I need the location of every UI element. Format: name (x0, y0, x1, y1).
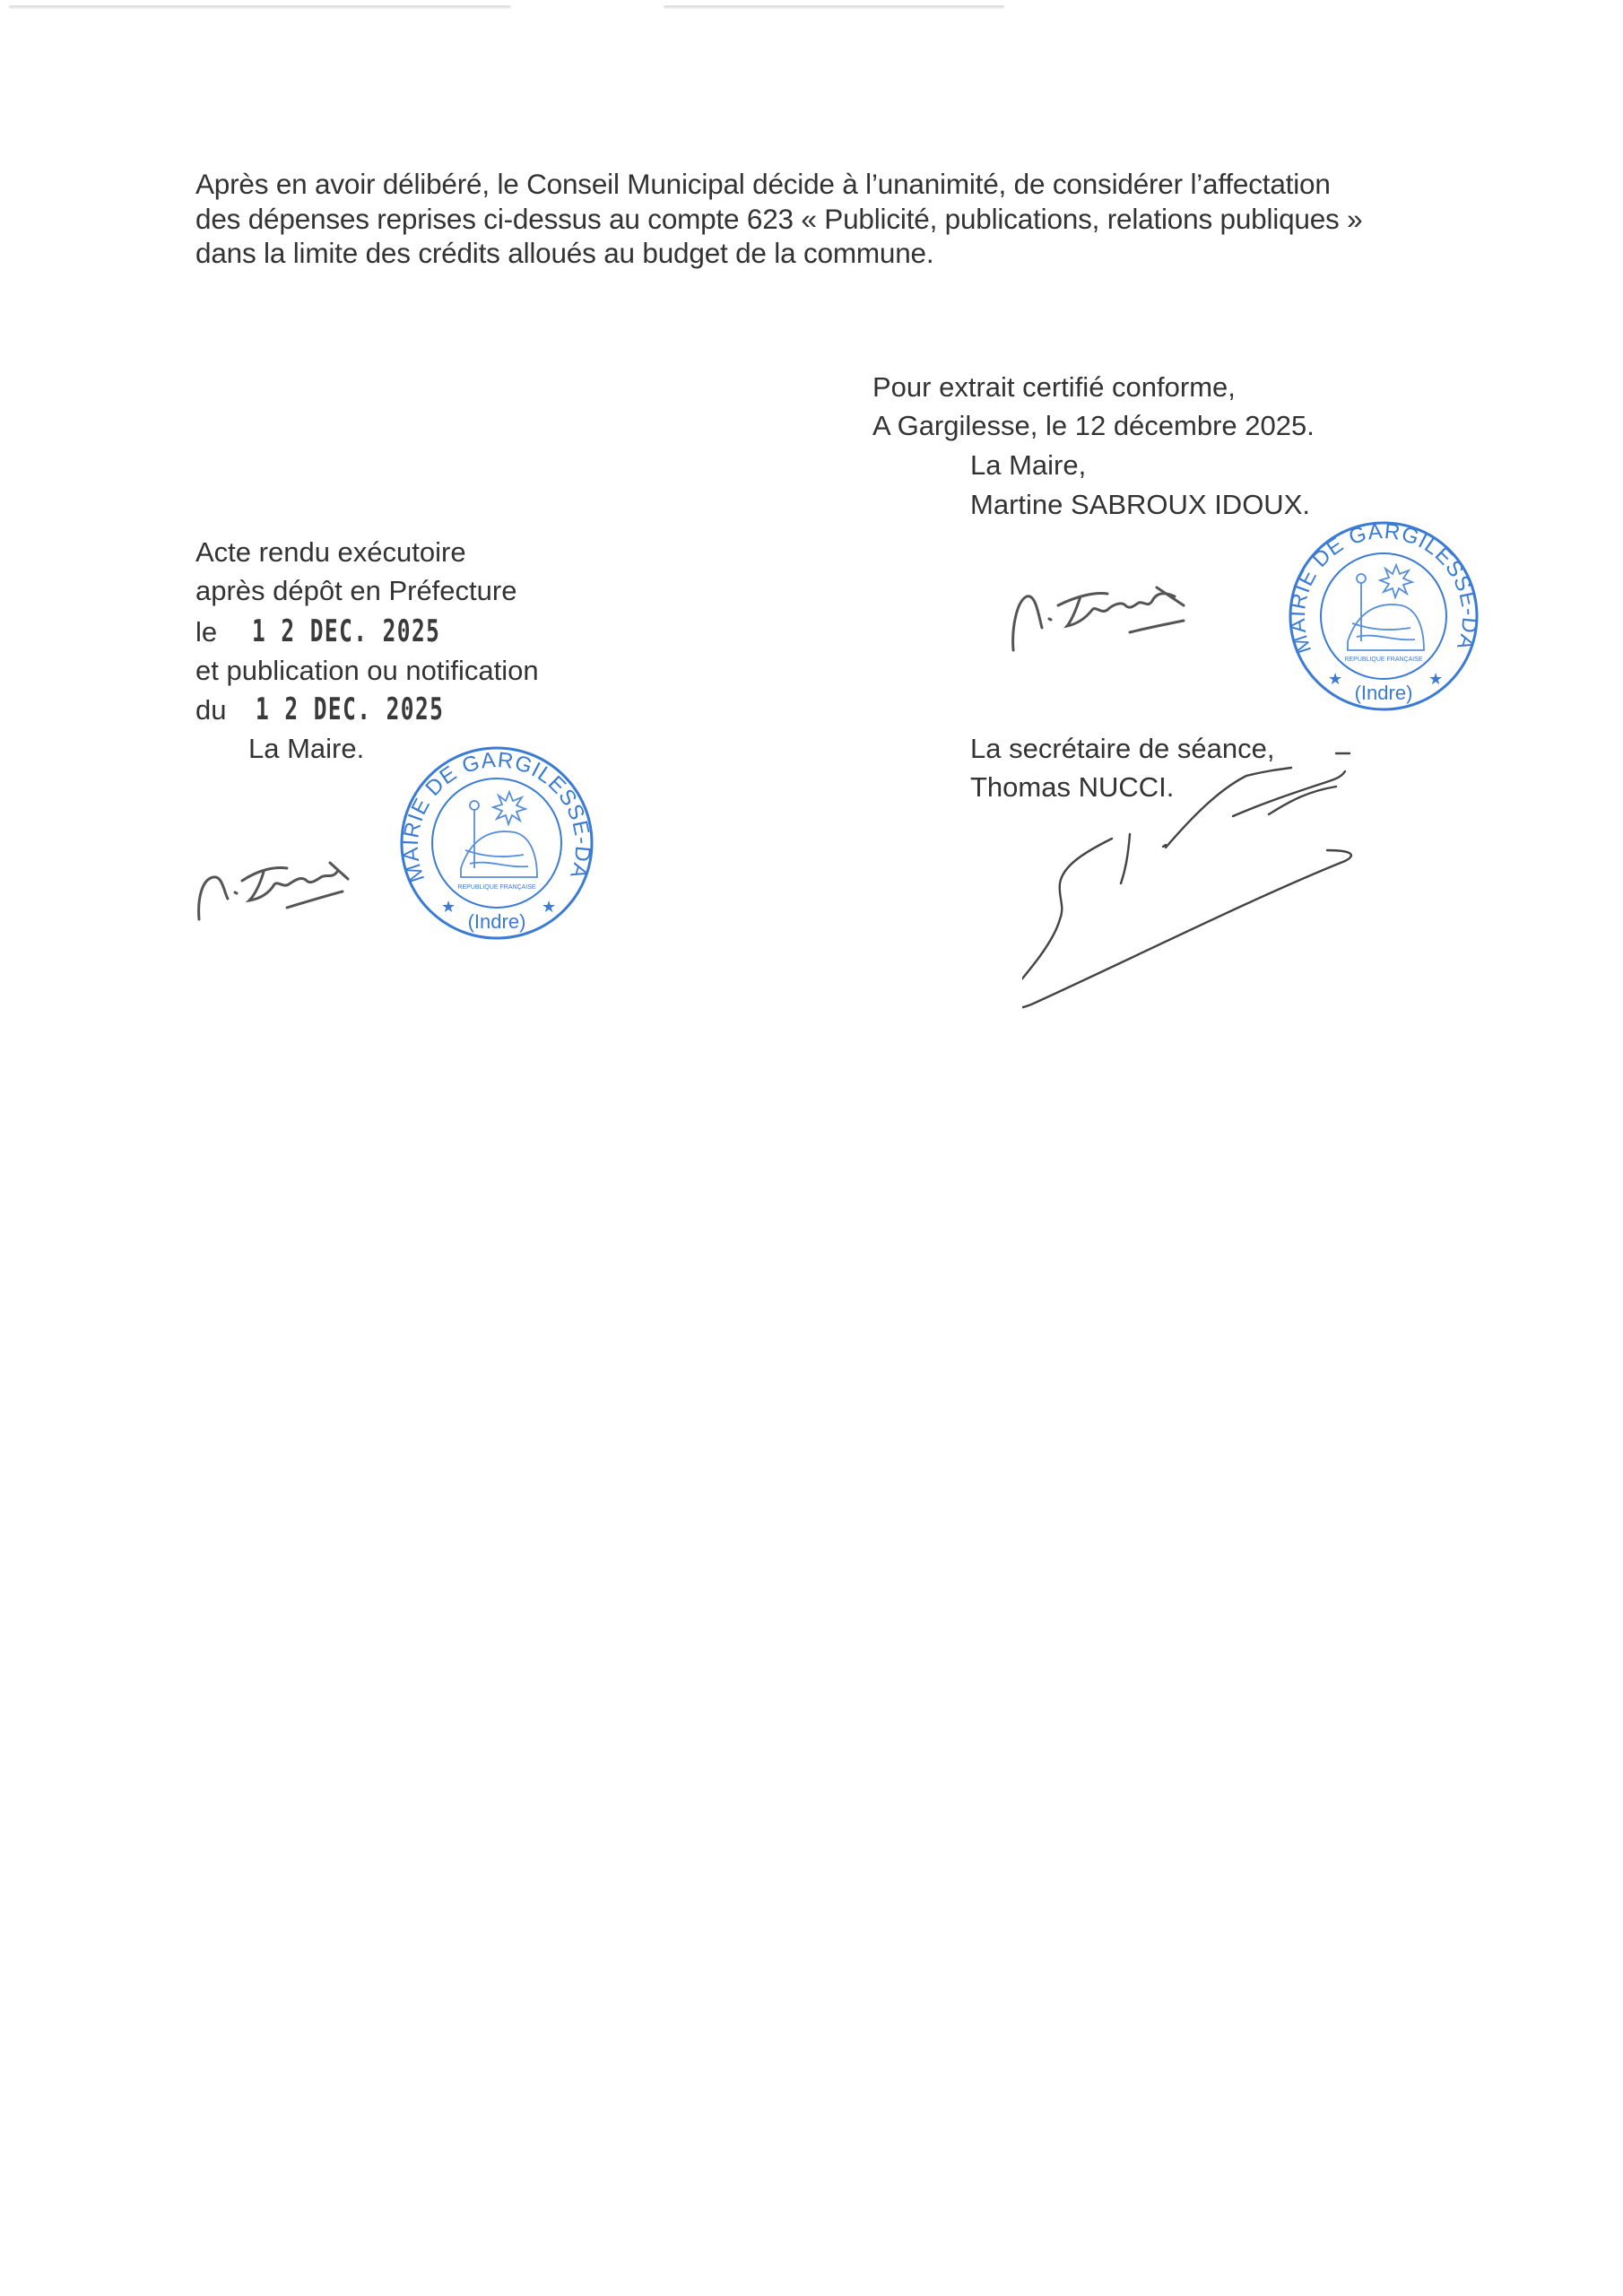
executory-line-4: et publication ou notification (195, 654, 539, 688)
executory-line-1: Acte rendu exécutoire (195, 535, 466, 570)
publication-prefix: du (195, 694, 226, 726)
executory-signer: La Maire. (248, 732, 364, 766)
star-icon: ★ (542, 898, 556, 916)
seal-inner-text: REPUBLIQUE FRANÇAISE (457, 884, 535, 891)
seal-inner-text: REPUBLIQUE FRANÇAISE (1344, 657, 1422, 663)
deliberation-paragraph: Après en avoir délibéré, le Conseil Muni… (195, 167, 1362, 271)
seal-bottom-text: (Indre) (468, 910, 526, 933)
certification-line-1: Pour extrait certifié conforme, (872, 370, 1236, 404)
svg-text:MAIRIE DE GARGILESSE-DAMPIERRE: MAIRIE DE GARGILESSE-DAMPIERRE (1276, 516, 1481, 657)
mayor-role: La Maire, (970, 448, 1086, 483)
certification-place-date: A Gargilesse, le 12 décembre 2025. (872, 409, 1315, 443)
star-icon: ★ (1328, 670, 1342, 688)
seal-bottom-text: (Indre) (1355, 682, 1413, 704)
seal-ring-text: MAIRIE DE GARGILESSE-DAMPIERRE (1276, 516, 1481, 657)
municipal-seal-left: MAIRIE DE GARGILESSE-DAMPIERRE (Indre) ★… (389, 740, 604, 942)
star-icon: ★ (441, 898, 456, 916)
star-icon: ★ (1428, 670, 1443, 688)
deposit-prefix: le (195, 616, 217, 648)
scan-edge-mark (664, 5, 1004, 9)
deposit-date-stamp: 1 2 DEC. 2025 (252, 614, 440, 648)
deposit-date-line: le 1 2 DEC. 2025 (195, 614, 514, 649)
mayor-signature-left (188, 843, 386, 942)
mayor-signature-right (995, 565, 1219, 664)
paragraph-line: dans la limite des crédits alloués au bu… (195, 236, 1362, 271)
document-page: Après en avoir délibéré, le Conseil Muni… (0, 0, 1623, 2296)
executory-line-2: après dépôt en Préfecture (195, 574, 516, 608)
marianne-figure-icon (461, 792, 537, 877)
mayor-name: Martine SABROUX IDOUX. (970, 488, 1310, 522)
scan-edge-mark (9, 5, 511, 9)
publication-date-line: du 1 2 DEC. 2025 (195, 692, 517, 727)
paragraph-line: Après en avoir délibéré, le Conseil Muni… (195, 167, 1362, 202)
marianne-figure-icon (1348, 565, 1424, 650)
municipal-seal-right: MAIRIE DE GARGILESSE-DAMPIERRE (Indre) ★… (1276, 516, 1491, 713)
publication-date-stamp: 1 2 DEC. 2025 (256, 692, 444, 726)
secretary-signature (1022, 735, 1488, 1013)
paragraph-line: des dépenses reprises ci-dessus au compt… (195, 202, 1362, 237)
